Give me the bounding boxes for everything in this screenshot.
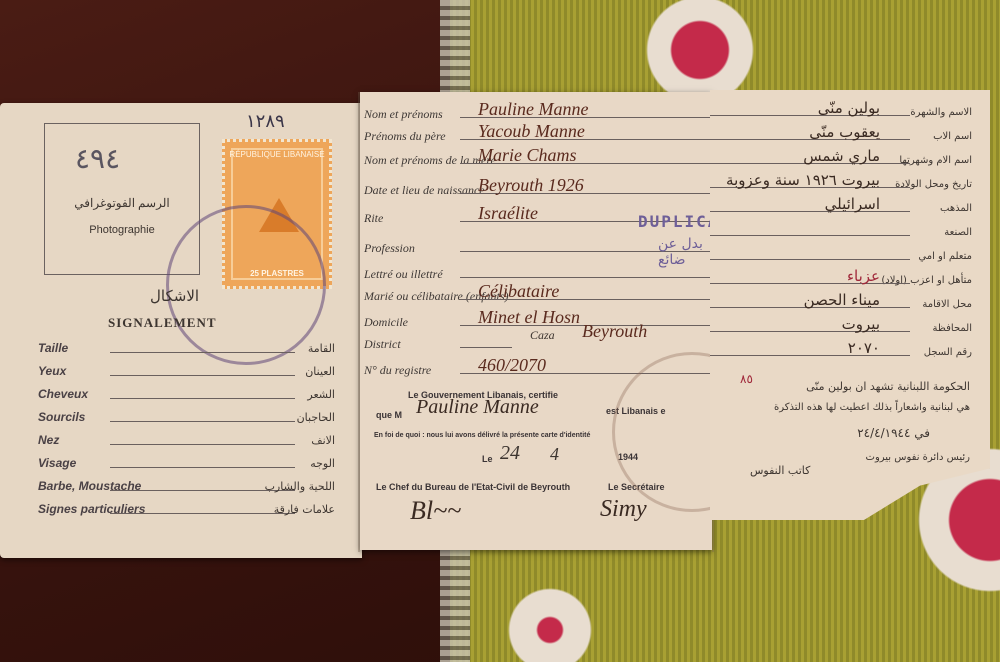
- field-handwritten-value-ar: بيروت: [842, 315, 880, 333]
- identity-field-row-ar: رقم السجل ٢٠٧٠: [710, 336, 980, 360]
- field-handwritten-value-ar: بولين منّى: [818, 99, 880, 117]
- field-handwritten-value-ar: اسرائيلي: [825, 195, 880, 213]
- field-handwritten-value: Pauline Manne: [478, 99, 588, 120]
- field-handwritten-value: Marie Chams: [478, 145, 577, 166]
- signalement-heading: SIGNALEMENT: [108, 315, 217, 331]
- field-handwritten-value-ar: بيروت ١٩٢٦ سنة وعزوبة: [726, 171, 880, 189]
- photo-scribble: ٤٩٤: [75, 142, 120, 175]
- field-line: [110, 398, 295, 399]
- photo-label-fr: Photographie: [45, 224, 199, 236]
- field-line: [710, 115, 910, 116]
- field-label-ar: القامة: [308, 342, 335, 355]
- field-handwritten-value-ar: ماري شمس: [803, 147, 880, 165]
- field-label-ar: اسم الاب: [933, 131, 972, 142]
- field-label-fr: Nez: [38, 433, 59, 447]
- field-label-ar: المحافظة: [933, 323, 972, 334]
- signalement-row: Cheveux الشعر: [30, 383, 335, 403]
- field-line: [110, 375, 295, 376]
- field-label-ar: الصنعة: [944, 227, 972, 238]
- ar-secretary-label: كاتب النفوس: [750, 464, 810, 477]
- signalement-row: Yeux العينان: [30, 360, 335, 380]
- field-label: Profession: [364, 243, 415, 253]
- field-line: [110, 421, 295, 422]
- identity-field-row: Domicile Minet el Hosn: [360, 306, 712, 330]
- ar-cert-line-1: الحكومة اللبنانية تشهد ان بولين منّى: [806, 380, 970, 393]
- caza-label: Caza: [530, 328, 555, 343]
- duplicata-stamp-ar: بدل عن ضائع: [658, 236, 712, 268]
- field-line: [110, 444, 295, 445]
- red-annotation: ٨٥: [740, 372, 753, 387]
- field-label-ar: العينان: [305, 365, 335, 378]
- field-label-ar: الوجه: [310, 457, 335, 470]
- secretary-signature: Simy: [600, 496, 647, 523]
- field-line: [710, 355, 910, 356]
- field-label-ar: محل الاقامة: [922, 299, 972, 310]
- identity-field-row-ar: اسم الاب يعقوب منّى: [710, 120, 980, 144]
- field-line: [710, 331, 910, 332]
- cert-name: Pauline Manne: [416, 396, 539, 419]
- field-handwritten-value-ar: ٢٠٧٠: [848, 339, 880, 357]
- field-handwritten-value: Yacoub Manne: [478, 121, 585, 142]
- serial-number: ١٢٨٩: [246, 111, 285, 132]
- field-line: [710, 259, 910, 260]
- identity-field-row: Nom et prénoms Pauline Manne: [360, 98, 712, 122]
- caza-value: Beyrouth: [582, 321, 647, 342]
- identity-field-row-ar: المذهب اسرائيلي: [710, 192, 980, 216]
- identity-field-row-ar: محل الاقامة ميناء الحصن: [710, 288, 980, 312]
- identity-field-row-ar: متأهل او اعزب (اولاد) عزباء: [710, 264, 980, 288]
- id-card-left-panel: ٤٩٤ الرسم الفوتوغرافي Photographie ١٢٨٩ …: [0, 103, 362, 558]
- field-label: Lettré ou illettré: [364, 269, 443, 279]
- field-handwritten-value: Célibataire: [478, 281, 559, 302]
- field-line: [110, 467, 295, 468]
- field-label: N° du registre: [364, 365, 431, 375]
- field-handwritten-value-ar: يعقوب منّى: [809, 123, 880, 141]
- chief-label: Le Chef du Bureau de l'Etat-Civil de Bey…: [376, 482, 570, 492]
- signalement-row: Visage الوجه: [30, 452, 335, 472]
- field-line: [710, 283, 910, 284]
- chief-signature: Bl~~: [410, 496, 461, 526]
- identity-field-row-ar: المحافظة بيروت: [710, 312, 980, 336]
- field-label: Domicile: [364, 317, 408, 327]
- field-handwritten-value: Beyrouth 1926: [478, 175, 584, 196]
- ar-cert-date: في ٢٤/٤/١٩٤٤: [857, 426, 930, 440]
- cert-line-3: En foi de quoi : nous lui avons délivré …: [374, 432, 590, 439]
- field-label-ar: رقم السجل: [924, 347, 972, 358]
- field-label-fr: Cheveux: [38, 387, 88, 401]
- field-label-ar: الاسم والشهرة: [910, 107, 972, 118]
- identity-field-row-ar: تاريخ ومحل الولادة بيروت ١٩٢٦ سنة وعزوبة: [710, 168, 980, 192]
- field-label-ar: الانف: [311, 434, 335, 447]
- signalement-row: Barbe, Moustache اللحية والشارب: [30, 475, 335, 495]
- field-label: District: [364, 339, 401, 349]
- field-handwritten-value: Israélite: [478, 203, 538, 224]
- signalement-row: Nez الانف: [30, 429, 335, 449]
- field-label-ar: اسم الام وشهرتها: [899, 155, 972, 166]
- ar-cert-line-2: هي لبنانية واشعاراً بذلك اعطيت لها هذه ا…: [774, 402, 970, 413]
- field-label-ar: علامات فارقة: [274, 503, 335, 516]
- ar-chief-label: رئيس دائرة نفوس بيروت: [866, 452, 970, 463]
- field-line: [710, 235, 910, 236]
- field-label-ar: المذهب: [940, 203, 972, 214]
- stamp-header: RÉPUBLIQUE LIBANAISE: [225, 150, 329, 159]
- signalement-row: Signes particuliers علامات فارقة: [30, 498, 335, 518]
- field-label: Rite: [364, 213, 383, 223]
- signalement-row: Sourcils الحاجبان: [30, 406, 335, 426]
- field-label-ar: متعلم او امي: [918, 251, 972, 262]
- cert-date-prefix: Le: [482, 454, 493, 464]
- identity-field-row: Prénoms du père Yacoub Manne: [360, 120, 712, 144]
- field-line: [110, 352, 295, 353]
- cert-date-month: 4: [550, 444, 559, 465]
- cert-date-day: 24: [500, 442, 520, 465]
- photo-label-ar: الرسم الفوتوغرافي: [45, 196, 199, 211]
- field-line: [710, 211, 910, 212]
- signalement-label-ar: الاشكال: [150, 287, 199, 305]
- field-label-fr: Yeux: [38, 364, 66, 378]
- identity-field-row-ar: الصنعة: [710, 216, 980, 240]
- id-card-right-panel: الاسم والشهرة بولين منّىاسم الاب يعقوب م…: [710, 90, 990, 520]
- field-label-ar: الشعر: [307, 388, 335, 401]
- identity-field-row-ar: الاسم والشهرة بولين منّى: [710, 96, 980, 120]
- field-handwritten-value: Minet el Hosn: [478, 307, 580, 328]
- identity-field-row: Nom et prénoms de la mère Marie Chams: [360, 144, 712, 168]
- field-handwritten-value-ar: ميناء الحصن: [804, 291, 880, 309]
- field-label-fr: Sourcils: [38, 410, 85, 424]
- identity-field-row-ar: متعلم او امي: [710, 240, 980, 264]
- identity-field-row-ar: اسم الام وشهرتها ماري شمس: [710, 144, 980, 168]
- field-label-ar: الحاجبان: [297, 411, 335, 424]
- field-handwritten-value: 460/2070: [478, 355, 546, 376]
- cert-que-label: que M: [376, 410, 402, 420]
- identity-field-row: Marié ou célibataire (enfants) Célibatai…: [360, 280, 712, 304]
- field-label-fr: Taille: [38, 341, 68, 355]
- field-label: Prénoms du père: [364, 131, 446, 141]
- signalement-row: Taille القامة: [30, 337, 335, 357]
- field-label-ar: اللحية والشارب: [265, 480, 335, 493]
- field-label-ar: تاريخ ومحل الولادة: [895, 179, 972, 190]
- field-label-ar: متأهل او اعزب (اولاد): [881, 275, 972, 286]
- field-label: Nom et prénoms: [364, 109, 443, 119]
- field-line: [110, 513, 295, 514]
- field-handwritten-value-ar: عزباء: [847, 267, 880, 285]
- field-line: [460, 347, 512, 348]
- field-line: [460, 277, 712, 278]
- identity-field-row: Date et lieu de naissance Beyrouth 1926: [360, 174, 712, 198]
- field-label-fr: Visage: [38, 456, 76, 470]
